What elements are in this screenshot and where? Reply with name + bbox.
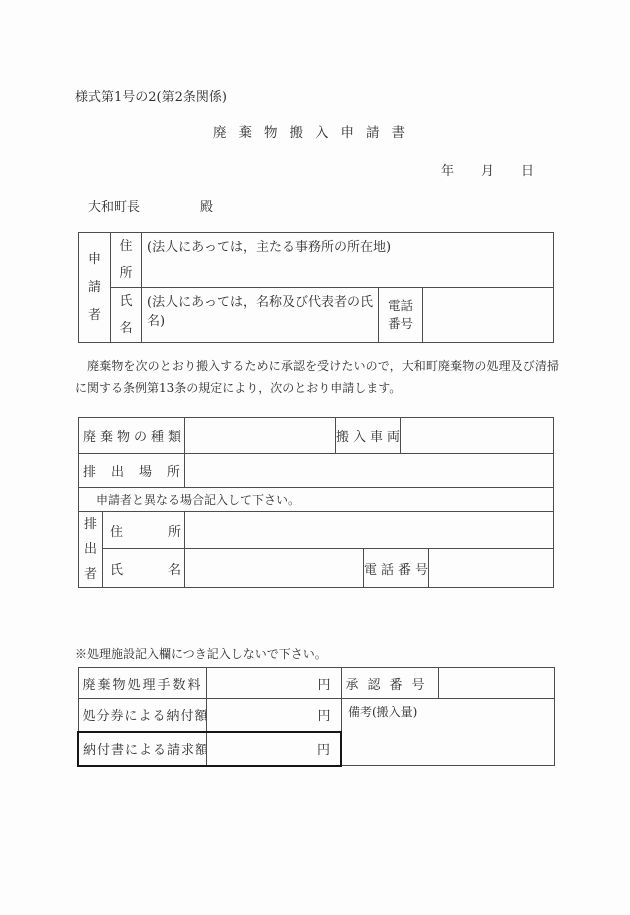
discharge-site-label: 排出場所 [79,454,185,488]
voucher-payment-value-cell: 円 [206,699,341,732]
voucher-payment-row: 処分券による納付額 円 備考(搬入量) [78,699,554,732]
discharger-address-label: 住所 [103,512,185,549]
discharger-name-label: 氏名 [103,549,185,588]
discharger-phone-label: 電話番号 [364,549,429,588]
applicant-address-note: (法人にあっては，主たる事務所の所在地) [147,240,391,255]
waste-type-label: 廃棄物の種類 [79,418,185,454]
addressee-line: 大和町長殿 [88,196,213,215]
form-number: 様式第1号の2(第2条関係) [75,86,227,105]
document-page: 様式第1号の2(第2条関係) 廃棄物搬入申請書 年月日 大和町長殿 申 請 者 … [0,0,630,915]
voucher-payment-label: 処分券による納付額 [78,699,206,732]
discharger-phone-value-cell [429,549,554,588]
page-title: 廃棄物搬入申請書 [76,121,554,141]
discharger-group-label: 排 出 者 [79,512,103,588]
body-paragraph: 廃棄物を次のとおり搬入するために承認を受けたいので，大和町廃棄物の処理及び清掃に… [75,355,559,399]
vehicle-value-cell [401,418,554,454]
discharger-address-value-cell [185,512,554,549]
addressee-honorific: 殿 [200,200,213,215]
date-day-label: 日 [521,160,534,179]
addressee-name: 大和町長 [88,200,140,215]
remarks-cell: 備考(搬入量) [341,699,554,766]
discharger-name-value-cell [185,549,364,588]
applicant-group-label: 申 請 者 [79,233,111,343]
date-year-label: 年 [441,160,454,179]
applicant-address-field: (法人にあっては，主たる事務所の所在地) [142,233,554,288]
applicant-name-field: (法人にあっては，名称及び代表者の氏名) [142,288,379,343]
waste-type-value-cell [185,418,336,454]
applicant-phone-value-cell [423,288,554,343]
fee-table: 廃棄物処理手数料 円 承認番号 処分券による納付額 円 備考(搬入量) 納付書に… [77,667,555,767]
processing-fee-value-cell: 円 [206,668,341,699]
applicant-name-label: 氏 名 [111,288,142,343]
different-person-note-row: 申請者と異なる場合記入して下さい。 [79,488,554,512]
applicant-table: 申 請 者 住 所 (法人にあっては，主たる事務所の所在地) 氏 名 (法人にあ… [78,232,554,343]
discharge-site-value-cell [185,454,554,488]
approval-number-value-cell [438,668,554,699]
different-person-note: 申請者と異なる場合記入して下さい。 [79,488,554,512]
applicant-phone-label: 電話 番号 [379,288,423,343]
date-line: 年月日 [76,160,534,179]
approval-number-label: 承認番号 [341,668,438,699]
processing-fee-row: 廃棄物処理手数料 円 承認番号 [78,668,554,699]
yen-unit: 円 [317,709,330,724]
discharger-address-row: 排 出 者 住所 [79,512,554,549]
invoice-claim-value-cell: 円 [206,732,341,766]
applicant-name-note: (法人にあっては，名称及び代表者の氏名) [147,295,373,329]
applicant-address-row: 申 請 者 住 所 (法人にあっては，主たる事務所の所在地) [79,233,554,288]
invoice-claim-label: 納付書による請求額 [78,732,206,766]
yen-unit: 円 [317,678,330,693]
discharge-site-row: 排出場所 [79,454,554,488]
discharger-name-row: 氏名 電話番号 [79,549,554,588]
applicant-name-row: 氏 名 (法人にあっては，名称及び代表者の氏名) 電話 番号 [79,288,554,343]
date-month-label: 月 [481,160,494,179]
vehicle-label: 搬入車両 [336,418,401,454]
facility-note: ※処理施設記入欄につき記入しないで下さい。 [75,645,327,662]
waste-type-row: 廃棄物の種類 搬入車両 [79,418,554,454]
yen-unit: 円 [317,743,330,758]
applicant-address-label: 住 所 [111,233,142,288]
waste-table: 廃棄物の種類 搬入車両 排出場所 申請者と異なる場合記入して下さい。 排 出 者… [78,417,554,588]
processing-fee-label: 廃棄物処理手数料 [78,668,206,699]
